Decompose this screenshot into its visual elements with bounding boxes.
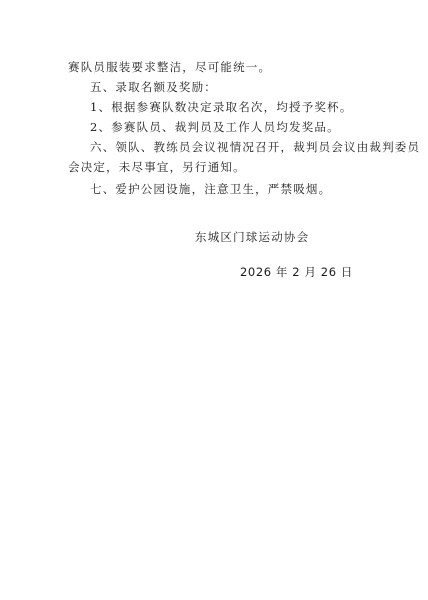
paragraph-uniform-requirement: 赛队员服装要求整洁，尽可能统一。 [68, 60, 271, 74]
paragraph-meetings-continued: 会决定，未尽事宜，另行通知。 [68, 160, 246, 174]
signature-organization: 东城区门球运动协会 [195, 230, 309, 244]
paragraph-meetings: 六、领队、教练员会议视情况召开，裁判员会议由裁判委员 [90, 140, 420, 154]
paragraph-park-rules: 七、爱护公园设施，注意卫生，严禁吸烟。 [90, 182, 331, 196]
document-page: 赛队员服装要求整洁，尽可能统一。 五、录取名额及奖励： 1、根据参赛队数决定录取… [0, 0, 428, 600]
signature-date: 2026 年 2 月 26 日 [240, 265, 353, 279]
list-item-award-2: 2、参赛队员、裁判员及工作人员均发奖品。 [90, 120, 340, 134]
list-item-award-1: 1、根据参赛队数决定录取名次，均授予奖杯。 [90, 100, 353, 114]
section-heading-awards: 五、录取名额及奖励： [90, 80, 217, 94]
